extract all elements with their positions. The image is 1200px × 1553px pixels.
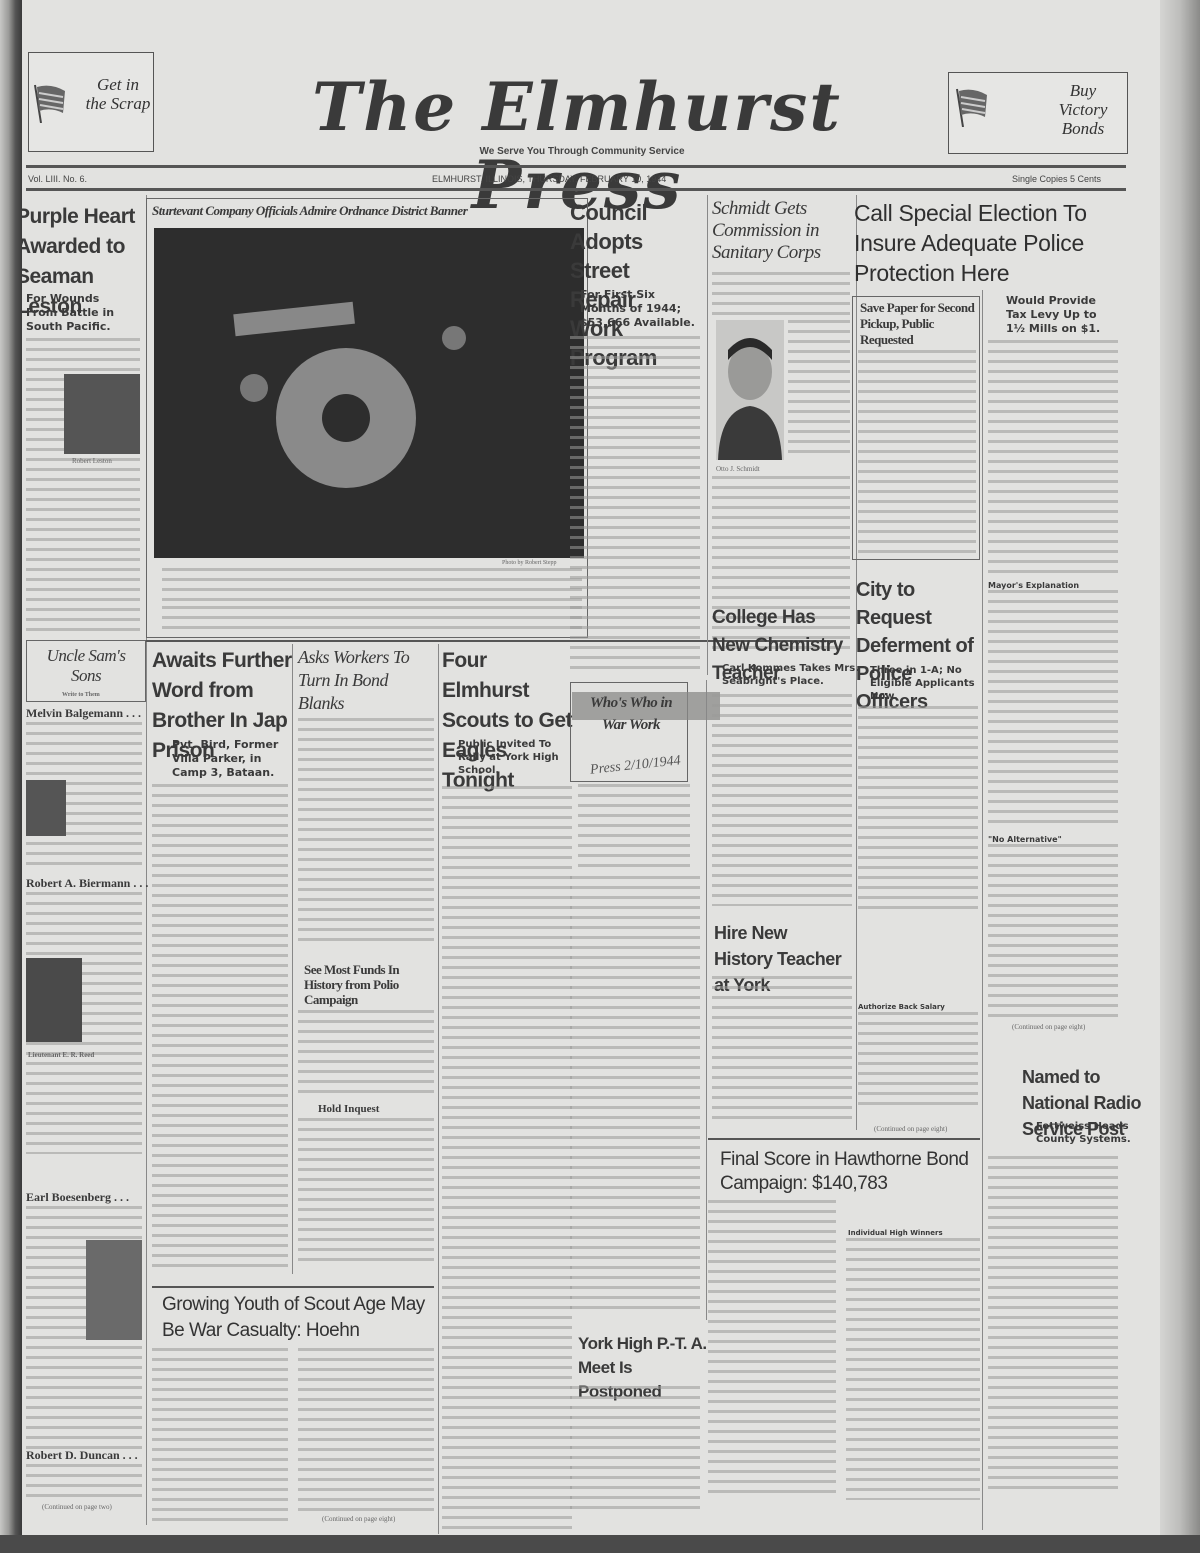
scout-age-body-2 [298, 1348, 434, 1512]
hawthorne-body [708, 1200, 836, 1500]
hawthorne-headline: Final Score in Hawthorne Bond Campaign: … [720, 1148, 990, 1196]
save-paper-body [858, 350, 976, 554]
schmidt-caption: Otto J. Schmidt [716, 464, 760, 475]
whos-who-intro [578, 784, 690, 870]
awaits-body [152, 784, 288, 1270]
newspaper-page: Get in the Scrap The Elmhurst Press We S… [22, 0, 1180, 1535]
schmidt-photo [716, 320, 784, 460]
whos-who-body [570, 876, 700, 1316]
election-headline: Call Special Election To Insure Adequate… [854, 198, 1144, 288]
right-ear-box: Buy Victory Bonds [948, 72, 1128, 154]
dateline: ELMHURST, ILLINOIS, THURSDAY, FEBRUARY 1… [432, 174, 666, 184]
uncle-sam-continued: (Continued on page two) [42, 1502, 112, 1513]
column-rule [706, 680, 707, 1320]
right-ear-text: Buy Victory Bonds [1045, 81, 1121, 138]
council-body [570, 336, 700, 676]
pta-body [570, 1386, 700, 1516]
serviceman-name-2: Robert A. Biermann . . . [26, 876, 148, 891]
deferment-body [858, 706, 978, 916]
price: Single Copies 5 Cents [1012, 174, 1101, 184]
history-teacher-body [712, 976, 852, 1126]
scout-age-rule [152, 1286, 434, 1288]
scout-age-headline: Growing Youth of Scout Age May Be War Ca… [162, 1292, 434, 1344]
deferment-deck: Three in 1-A; No Eligible Applicants Now… [870, 664, 980, 703]
election-body [988, 340, 1118, 576]
boesenberg-photo [86, 1240, 142, 1340]
election-deck: Would Provide Tax Levy Up to 1½ Mills on… [1006, 294, 1116, 336]
page-edge [1160, 0, 1200, 1553]
polio-headline: See Most Funds In History from Polio Cam… [304, 962, 414, 1007]
schmidt-body-top [712, 272, 850, 318]
schmidt-body-side [788, 320, 850, 460]
volume-number: Vol. LIII. No. 6. [28, 174, 87, 184]
biermann-photo [26, 958, 82, 1042]
sturtevant-caption [162, 568, 582, 604]
scouts-body [442, 786, 572, 1532]
column-rule [707, 195, 708, 675]
election-continued: (Continued on page eight) [1012, 1022, 1085, 1033]
save-paper-headline: Save Paper for Second Pickup, Public Req… [860, 300, 978, 348]
election-body-2 [988, 590, 1118, 830]
write-to-them: Write to Them [62, 690, 100, 701]
serviceman-name-3: Earl Boesenberg . . . [26, 1190, 129, 1205]
radio-deck: Fettweiss Heads County Systems. [1036, 1120, 1146, 1146]
history-continued: (Continued on page eight) [874, 1124, 947, 1135]
banner-image [154, 228, 584, 558]
column-rule [438, 644, 439, 1534]
polio-body-2 [298, 1118, 434, 1268]
scout-age-continued: (Continued on page eight) [322, 1514, 395, 1525]
council-deck: For First Six Months of 1944; $53,666 Av… [580, 288, 700, 330]
chemistry-body [712, 694, 852, 906]
masthead-rule-top [26, 165, 1126, 168]
hold-inquest-subhead: Hold Inquest [318, 1102, 379, 1117]
whos-who-headline: Who's Who in War Work [578, 692, 684, 736]
hawthorne-body-2 [846, 1238, 980, 1500]
polio-body [298, 1010, 434, 1100]
left-ear-box: Get in the Scrap [28, 52, 154, 152]
masthead-rule-bottom [26, 188, 1126, 191]
balgemann-photo [26, 780, 66, 836]
purple-heart-deck: For Wounds From Battle in South Pacific. [26, 292, 126, 334]
flag-icon [31, 83, 67, 123]
sturtevant-caption-2 [162, 606, 582, 634]
sturtevant-photo [154, 228, 584, 558]
left-ear-text: Get in the Scrap [85, 75, 151, 113]
scout-age-body [152, 1348, 288, 1524]
schmidt-headline: Schmidt Gets Commission in Sanitary Corp… [712, 198, 842, 264]
awaits-deck: Pvt. Bird, Former Villa Parker, in Camp … [172, 738, 292, 780]
deferment-body-2 [858, 1012, 978, 1112]
leston-photo [64, 374, 140, 454]
page-binding [0, 0, 22, 1553]
duncan-body [26, 1464, 142, 1500]
masthead-tagline: We Serve You Through Community Service [402, 146, 762, 157]
radio-body [988, 1156, 1118, 1496]
serviceman-name-1: Melvin Balgemann . . . [26, 706, 141, 721]
page-bottom-edge [0, 1535, 1200, 1553]
bond-blanks-headline: Asks Workers To Turn In Bond Blanks [298, 646, 428, 715]
sturtevant-headline: Sturtevant Company Officials Admire Ordn… [152, 203, 592, 219]
reed-caption: Lieutenant E. R. Reed [28, 1050, 94, 1061]
uncle-sam-headline: Uncle Sam's Sons [32, 646, 140, 686]
hawthorne-rule [708, 1138, 980, 1140]
serviceman-name-4: Robert D. Duncan . . . [26, 1448, 138, 1463]
election-body-3 [988, 844, 1118, 1020]
chemistry-deck: Carl Kommes Takes Mrs. Seabright's Place… [722, 662, 862, 688]
column-rule [292, 644, 293, 1274]
leston-caption: Robert Leston [72, 456, 112, 467]
flag-icon [953, 87, 989, 127]
column-rule [982, 290, 983, 1530]
bond-blanks-body [298, 718, 434, 948]
scouts-deck: Public Invited To Rally at York High Sch… [458, 738, 578, 777]
